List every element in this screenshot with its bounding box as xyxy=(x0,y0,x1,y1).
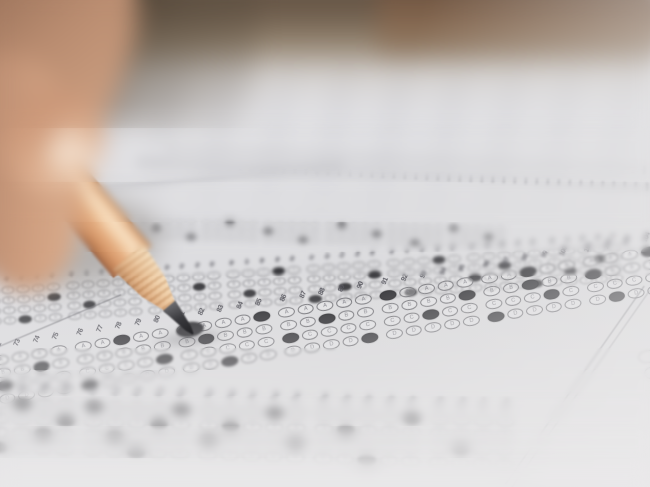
photo-exam-answer-sheet: ABCACABCABCABABCABCBCABCABCACABCABCABABC… xyxy=(0,0,650,487)
